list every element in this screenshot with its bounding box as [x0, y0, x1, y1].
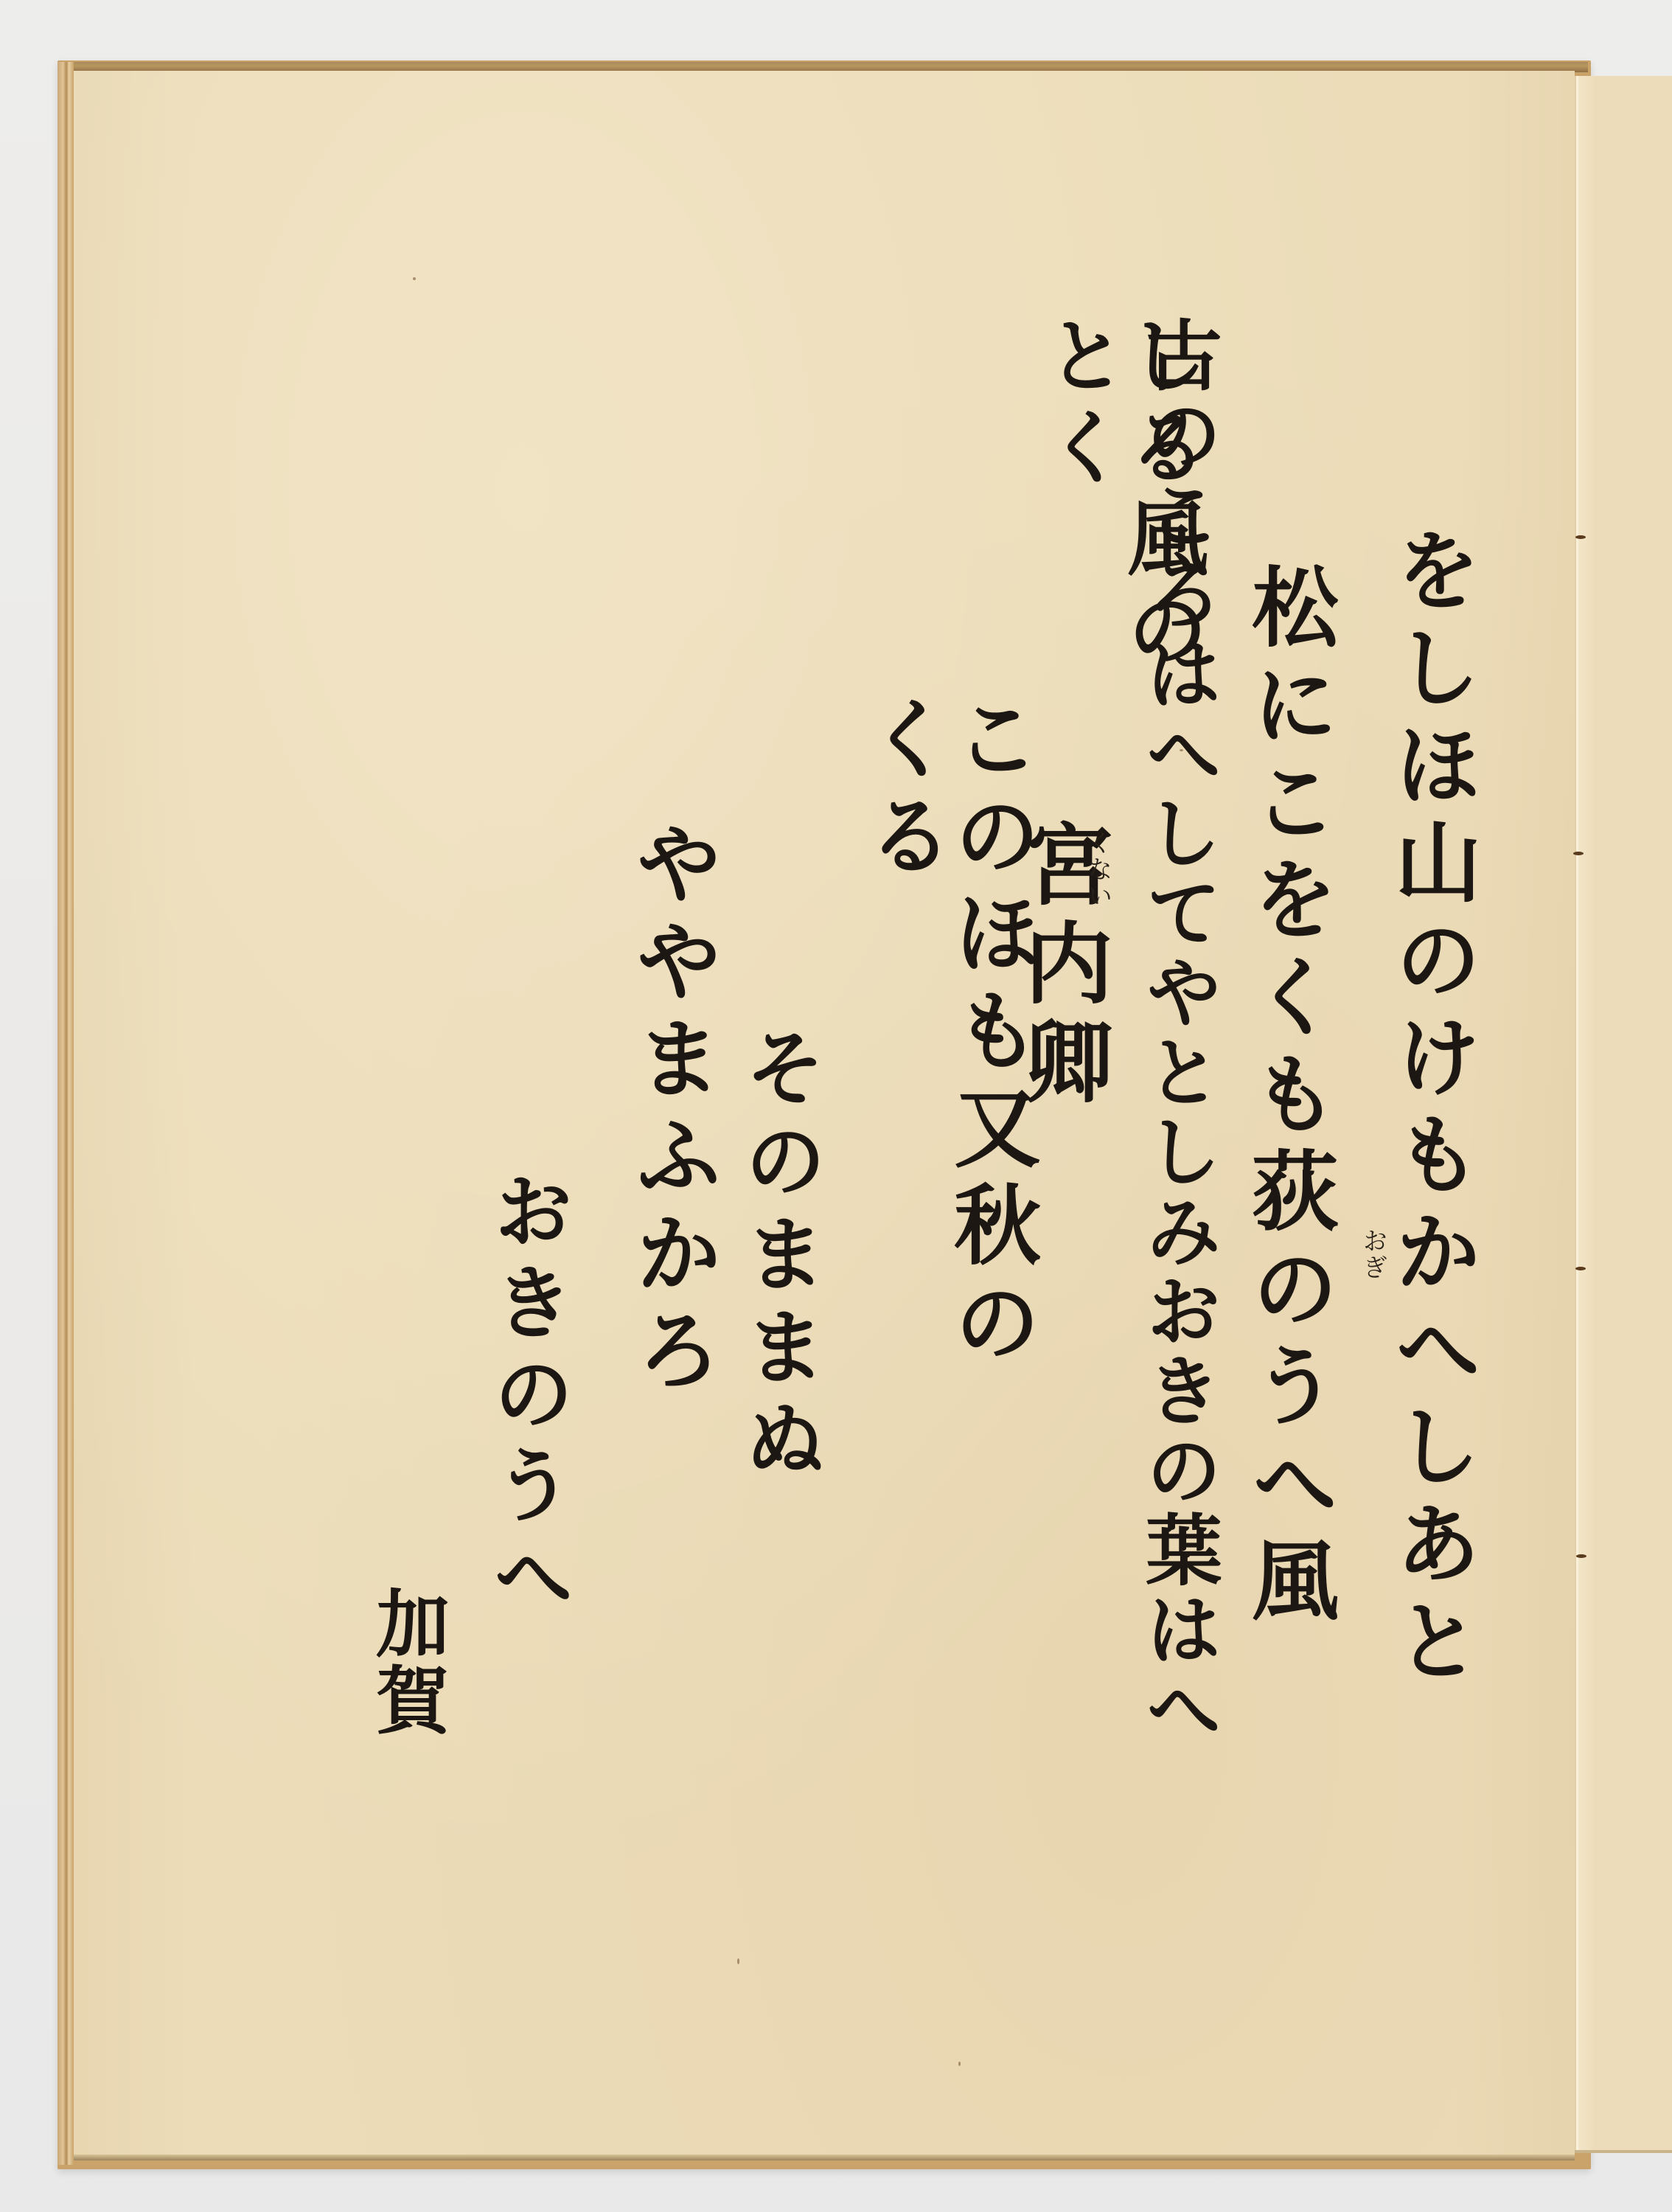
poem-1-column-4: しる風のとく: [1039, 313, 1202, 726]
paper-speck: [958, 2062, 961, 2066]
ruby-ogi: おぎ: [1355, 1228, 1391, 1281]
book-left-edge: [58, 62, 74, 2165]
poem-2-column-1: このほも又秋のくる: [860, 693, 1034, 1467]
ruby-kunai: くない: [1080, 829, 1116, 909]
poem-2-column-4: おきのうへ: [487, 1169, 568, 1626]
paper-speck: [413, 277, 416, 280]
paper-speck: [737, 1958, 739, 1964]
binding-hole: [1573, 852, 1584, 855]
page-fold: [1576, 76, 1578, 2152]
binding-hole: [1576, 1554, 1586, 1558]
binding-hole: [1575, 535, 1586, 539]
page-bottom-edge: [74, 2154, 1575, 2160]
poem-2-author-signature: 加賀: [354, 1585, 460, 1806]
poem-2-column-2: そのままぬ: [737, 1025, 820, 1600]
poem-2-column-3: ややまふかろ: [628, 818, 715, 1453]
facing-page-bottom-edge: [1575, 2150, 1672, 2153]
poem-1-column-1: をしほ山のけもかへしあと: [1387, 525, 1474, 1970]
facing-page: [1575, 76, 1672, 2152]
binding-hole: [1575, 1267, 1586, 1270]
poem-1-column-2: 松にこをくも荻のうへ風: [1244, 562, 1331, 1756]
